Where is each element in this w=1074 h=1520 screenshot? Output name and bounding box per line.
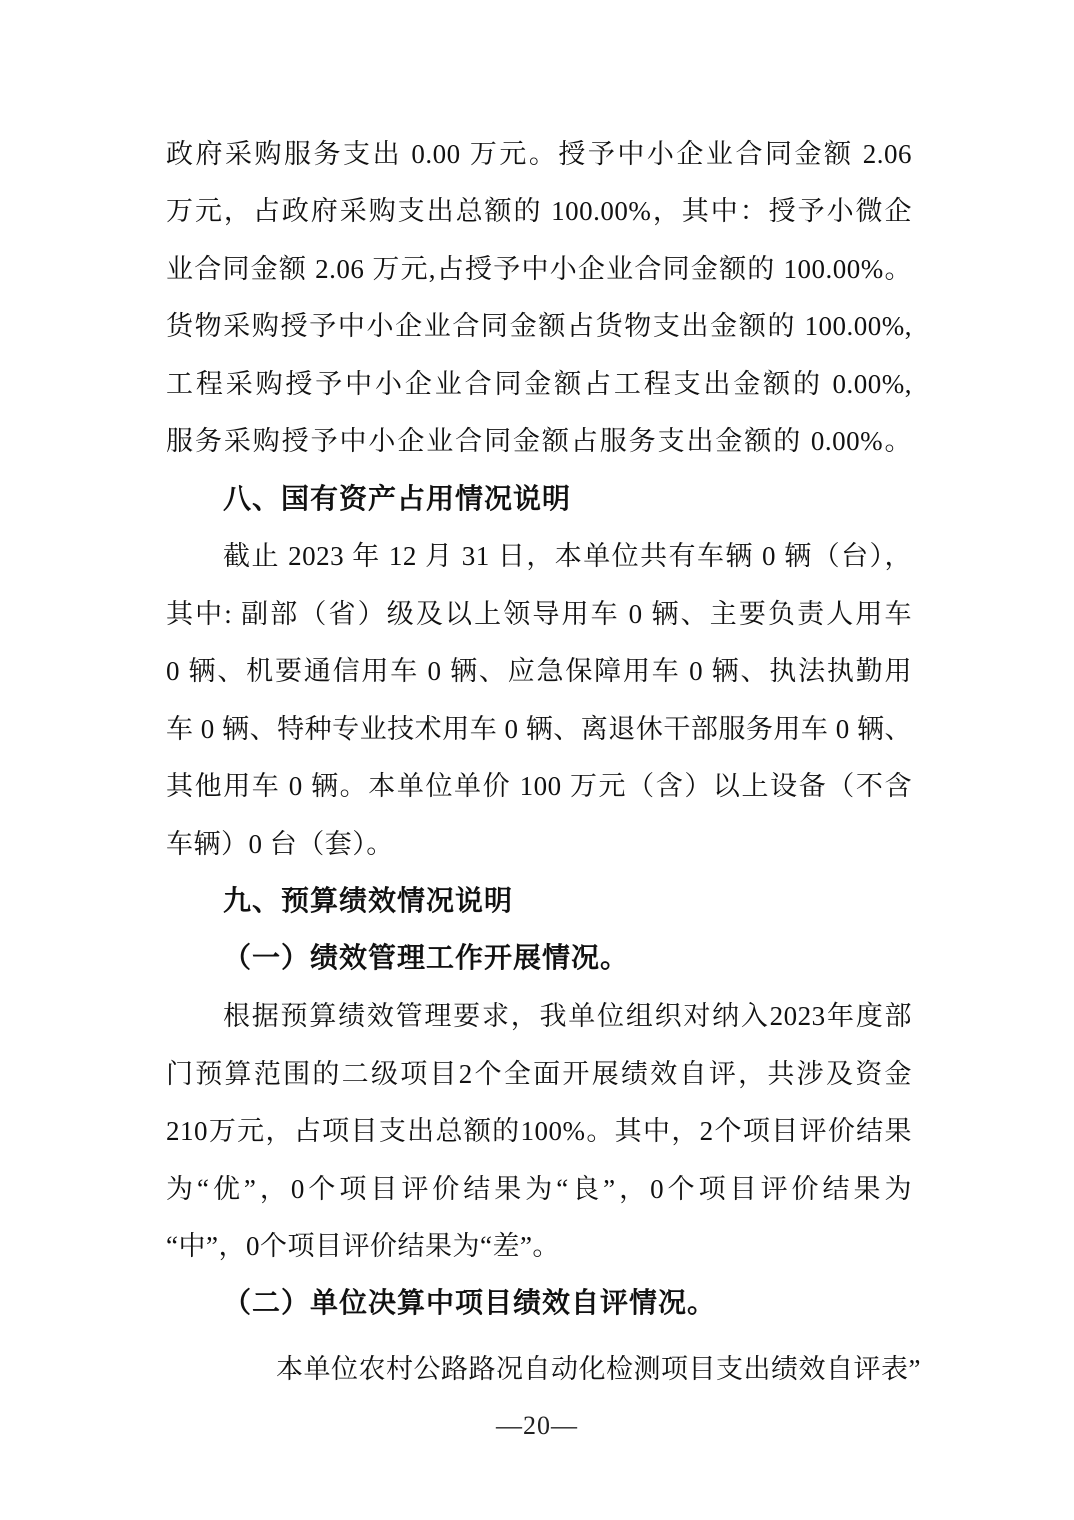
paragraph-line: 政府采购服务支出 0.00 万元。授予中小企业合同金额 2.06 [166,134,912,174]
paragraph-line: 业合同金额 2.06 万元,占授予中小企业合同金额的 100.00%。 [166,249,912,289]
page-number: —20— [0,1406,1074,1446]
paragraph-line: 服务采购授予中小企业合同金额占服务支出金额的 0.00%。 [166,421,912,461]
paragraph-line: 其中: 副部（省）级及以上领导用车 0 辆、主要负责人用车 [166,594,912,634]
subsection-heading-1: （一）绩效管理工作开展情况。 [166,939,912,979]
paragraph-line: 工程采购授予中小企业合同金额占工程支出金额的 0.00%, [166,364,912,404]
paragraph-line: 截止 2023 年 12 月 31 日，本单位共有车辆 0 辆（台）， [166,536,912,576]
paragraph-line: “中”，0个项目评价结果为“差”。 [166,1226,912,1266]
document-page: 政府采购服务支出 0.00 万元。授予中小企业合同金额 2.06 万元，占政府采… [0,0,1074,1520]
paragraph-line: 0 辆、机要通信用车 0 辆、应急保障用车 0 辆、执法执勤用 [166,651,912,691]
paragraph-line: 本单位农村公路路况自动化检测项目支出绩效自评表” [166,1349,912,1389]
paragraph-line: 车辆）0 台（套）。 [166,824,912,864]
paragraph-line: 万元，占政府采购支出总额的 100.00%，其中：授予小微企 [166,191,912,231]
section-heading-9: 九、预算绩效情况说明 [166,881,912,921]
paragraph-line: 货物采购授予中小企业合同金额占货物支出金额的 100.00%, [166,306,912,346]
paragraph-line: 车 0 辆、特种专业技术用车 0 辆、离退休干部服务用车 0 辆、 [166,709,912,749]
section-heading-8: 八、国有资产占用情况说明 [166,479,912,519]
paragraph-line: 210万元，占项目支出总额的100%。其中，2个项目评价结果 [166,1111,912,1151]
paragraph-line: 根据预算绩效管理要求，我单位组织对纳入2023年度部 [166,996,912,1036]
paragraph-line: 为“优”，0个项目评价结果为“良”，0个项目评价结果为 [166,1169,912,1209]
subsection-heading-2: （二）单位决算中项目绩效自评情况。 [166,1284,912,1324]
paragraph-line: 门预算范围的二级项目2个全面开展绩效自评，共涉及资金 [166,1054,912,1094]
paragraph-line: 其他用车 0 辆。本单位单价 100 万元（含）以上设备（不含 [166,766,912,806]
